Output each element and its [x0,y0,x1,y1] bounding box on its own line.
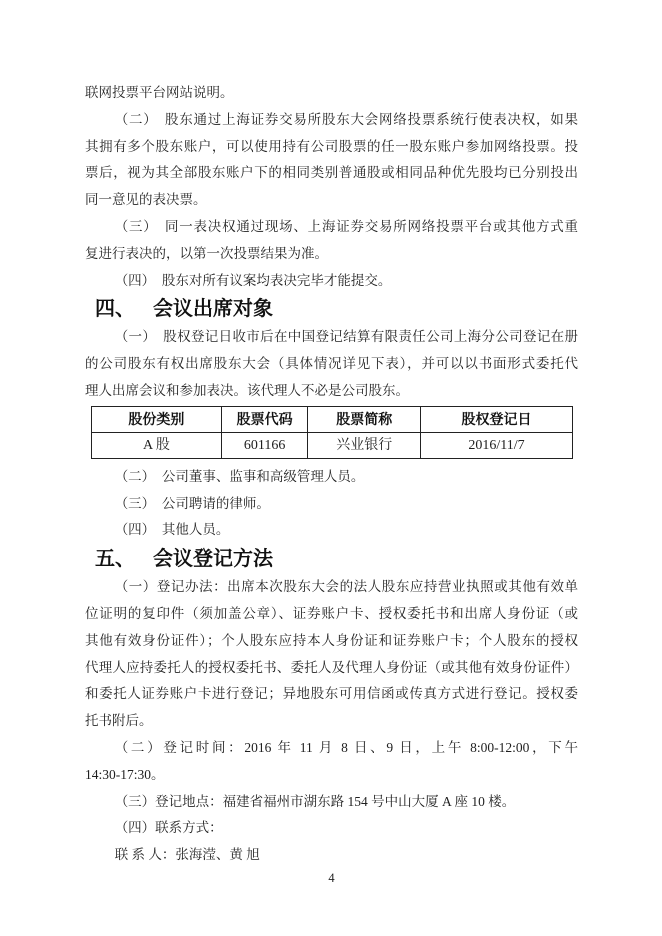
para-registration-time: （二）登记时间：2016 年 11 月 8 日、9 日，上午 8:00-12:0… [85,735,578,789]
text-line: 票后，视为其全部股东账户下的相同类别普通股或相同品种优先股均已分别投出 [85,160,578,187]
text-line: （二） 股东通过上海证券交易所股东大会网络投票系统行使表决权，如果 [85,107,578,134]
text-line: （一）登记办法：出席本次股东大会的法人股东应持营业执照或其他有效单 [85,574,578,601]
text-line: （二） 公司董事、监事和高级管理人员。 [85,464,578,491]
section-5-heading: 五、会议登记方法 [85,544,578,574]
text-line: （三）登记地点：福建省福州市湖东路 154 号中山大厦 A 座 10 楼。 [85,789,578,816]
text-line: 其拥有多个股东账户，可以使用持有公司股票的任一股东账户参加网络投票。投 [85,134,578,161]
table-cell: 601166 [221,432,308,458]
text-line: （二）登记时间：2016 年 11 月 8 日、9 日，上午 8:00-12:0… [85,735,578,762]
text-line: 的公司股东有权出席股东大会（具体情况详见下表），并可以以书面形式委托代 [85,351,578,378]
section-4-heading: 四、会议出席对象 [85,294,578,324]
text-line: 和委托人证券账户卡进行登记；异地股东可用信函或传真方式进行登记。授权委 [85,681,578,708]
para-attendee-item-4: （四） 其他人员。 [85,517,578,544]
share-registration-table: 股份类别股票代码股票简称股权登记日A 股601166兴业银行2016/11/7 [91,406,573,459]
text-line: 代理人应持委托人的授权委托书、委托人及代理人身份证（或其他有效身份证件） [85,655,578,682]
text-line: （一） 股权登记日收市后在中国登记结算有限责任公司上海分公司登记在册 [85,324,578,351]
text-line: （三） 公司聘请的律师。 [85,491,578,518]
para-attendee-item-2: （二） 公司董事、监事和高级管理人员。 [85,464,578,491]
table-header-cell: 股权登记日 [420,406,572,432]
text-line: 复进行表决的，以第一次投票结果为准。 [85,241,578,268]
heading-title: 会议登记方法 [153,548,273,570]
para-attendee-item-3: （三） 公司聘请的律师。 [85,491,578,518]
table-cell: 2016/11/7 [420,432,572,458]
text-line: （四）联系方式： [85,815,578,842]
text-line: 14:30-17:30。 [85,762,578,789]
para-voting-item-4: （四） 股东对所有议案均表决完毕才能提交。 [85,268,578,295]
para-contact-method: （四）联系方式： [85,815,578,842]
para-registration-place: （三）登记地点：福建省福州市湖东路 154 号中山大厦 A 座 10 楼。 [85,789,578,816]
text-line: 理人出席会议和参加表决。该代理人不必是公司股东。 [85,378,578,405]
table-cell: 兴业银行 [308,432,421,458]
text-line: 联 系 人：张海滢、黄 旭 [85,842,578,869]
heading-title: 会议出席对象 [153,298,273,320]
text-line: （四） 其他人员。 [85,517,578,544]
page-number: 4 [85,870,578,886]
para-attendee-item-1: （一） 股权登记日收市后在中国登记结算有限责任公司上海分公司登记在册的公司股东有… [85,324,578,404]
table-header-cell: 股票代码 [221,406,308,432]
text-line: 托书附后。 [85,708,578,735]
para-contact-person: 联 系 人：张海滢、黄 旭 [85,842,578,869]
document-page: 联网投票平台网站说明。（二） 股东通过上海证券交易所股东大会网络投票系统行使表决… [0,0,662,936]
text-line: （四） 股东对所有议案均表决完毕才能提交。 [85,268,578,295]
para-platform-note: 联网投票平台网站说明。 [85,80,578,107]
text-line: 其他有效身份证件）；个人股东应持本人身份证和证券账户卡；个人股东的授权 [85,628,578,655]
table-row: A 股601166兴业银行2016/11/7 [92,432,573,458]
document-body: 联网投票平台网站说明。（二） 股东通过上海证券交易所股东大会网络投票系统行使表决… [85,80,578,869]
table-cell: A 股 [92,432,222,458]
text-line: 位证明的复印件（须加盖公章）、证券账户卡、授权委托书和出席人身份证（或 [85,601,578,628]
table-header-row: 股份类别股票代码股票简称股权登记日 [92,406,573,432]
table-head: 股份类别股票代码股票简称股权登记日 [92,406,573,432]
para-voting-item-2: （二） 股东通过上海证券交易所股东大会网络投票系统行使表决权，如果其拥有多个股东… [85,107,578,214]
table-header-cell: 股份类别 [92,406,222,432]
table-header-cell: 股票简称 [308,406,421,432]
text-line: 联网投票平台网站说明。 [85,80,578,107]
para-registration-method: （一）登记办法：出席本次股东大会的法人股东应持营业执照或其他有效单位证明的复印件… [85,574,578,735]
table-body: A 股601166兴业银行2016/11/7 [92,432,573,458]
heading-number: 四、 [95,298,135,320]
heading-number: 五、 [95,548,135,570]
text-line: （三） 同一表决权通过现场、上海证券交易所网络投票平台或其他方式重 [85,214,578,241]
para-voting-item-3: （三） 同一表决权通过现场、上海证券交易所网络投票平台或其他方式重复进行表决的，… [85,214,578,268]
text-line: 同一意见的表决票。 [85,187,578,214]
